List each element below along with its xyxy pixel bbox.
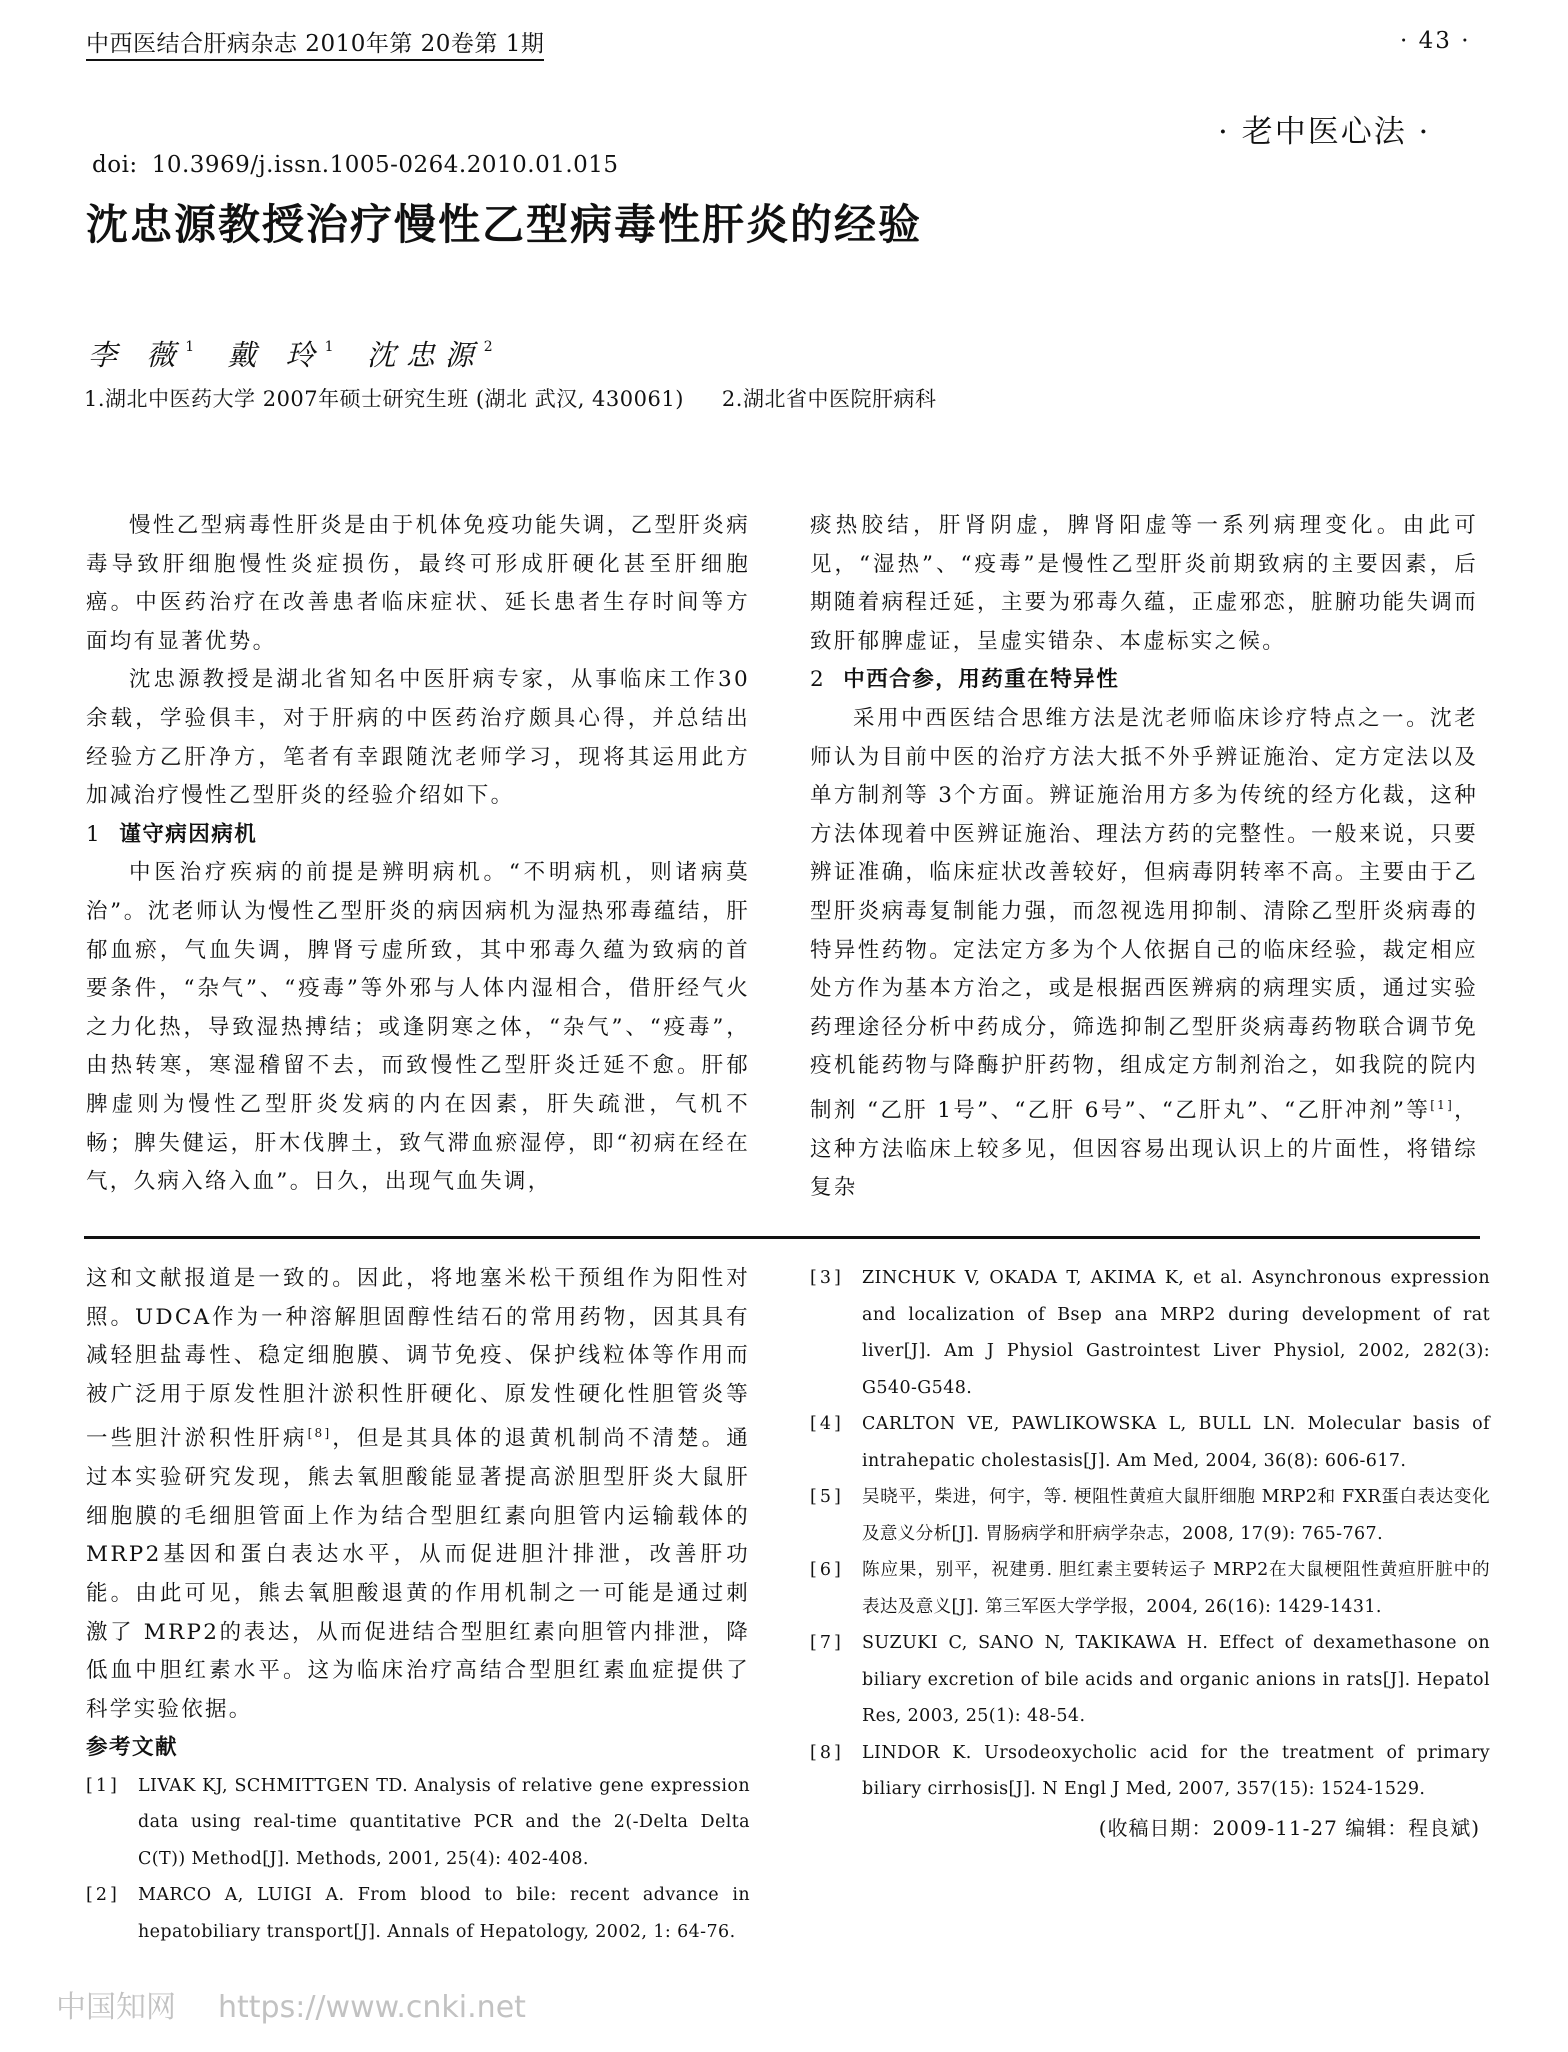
doi-line: doi:10.3969/j.issn.1005-0264.2010.01.015 — [92, 152, 619, 178]
author-list: 李 薇1 戴 玲1 沈忠源2 — [88, 333, 507, 374]
section-heading-1: 1谨守病因病机 — [86, 816, 750, 855]
reference-item: [7]SUZUKI C, SANO N, TAKIKAWA H. Effect … — [810, 1625, 1490, 1735]
body-column-bottom-left: 这和文献报道是一致的。因此，将地塞米松干预组作为阳性对照。UDCA作为一种溶解胆… — [86, 1260, 750, 1950]
paragraph-text: 这和文献报道是一致的。因此，将地塞米松干预组作为阳性对照。UDCA作为一种溶解胆… — [86, 1266, 750, 1452]
section-title: 中西合参，用药重在特异性 — [843, 667, 1119, 692]
affiliation-2: 2.湖北省中医院肝病科 — [722, 387, 937, 411]
reference-text: SUZUKI C, SANO N, TAKIKAWA H. Effect of … — [862, 1633, 1490, 1726]
citation-link[interactable]: [8] — [308, 1426, 332, 1440]
author-affil-sup: 1 — [325, 339, 334, 355]
paragraph: 沈忠源教授是湖北省知名中医肝病专家，从事临床工作30余载，学验俱丰，对于肝病的中… — [86, 661, 750, 815]
reference-item: [8]LINDOR K. Ursodeoxycholic acid for th… — [810, 1735, 1490, 1808]
references-column-right: [3]ZINCHUK V, OKADA T, AKIMA K, et al. A… — [810, 1260, 1490, 1846]
reference-text: 陈应果，别平，祝建勇. 胆红素主要转运子 MRP2在大鼠梗阻性黄疸肝脏中的表达及… — [862, 1560, 1490, 1617]
paragraph: 痰热胶结，肝肾阴虚，脾肾阳虚等一系列病理变化。由此可见，“湿热”、“疫毒”是慢性… — [810, 507, 1478, 661]
author-affil-sup: 1 — [185, 339, 194, 355]
paragraph-text: ，但是其具体的退黄机制尚不清楚。通过本实验研究发现，熊去氧胆酸能显著提高淤胆型肝… — [86, 1427, 750, 1722]
paragraph: 采用中西医结合思维方法是沈老师临床诊疗特点之一。沈老师认为目前中医的治疗方法大抵… — [810, 700, 1478, 1208]
reference-text: 吴晓平，柴进，何宇，等. 梗阻性黄疸大鼠肝细胞 MRP2和 FXR蛋白表达变化及… — [862, 1487, 1490, 1544]
body-column-top-right: 痰热胶结，肝肾阴虚，脾肾阳虚等一系列病理变化。由此可见，“湿热”、“疫毒”是慢性… — [810, 507, 1478, 1208]
reference-item: [5]吴晓平，柴进，何宇，等. 梗阻性黄疸大鼠肝细胞 MRP2和 FXR蛋白表达… — [810, 1479, 1490, 1552]
reference-item: [2]MARCO A, LUIGI A. From blood to bile:… — [86, 1877, 750, 1950]
reference-text: MARCO A, LUIGI A. From blood to bile: re… — [138, 1885, 750, 1942]
reference-number: [6] — [810, 1552, 844, 1589]
reference-number: [5] — [810, 1479, 844, 1516]
paragraph: 慢性乙型病毒性肝炎是由于机体免疫功能失调，乙型肝炎病毒导致肝细胞慢性炎症损伤，最… — [86, 507, 750, 661]
references-heading: 参考文献 — [86, 1729, 750, 1768]
doi-value[interactable]: 10.3969/j.issn.1005-0264.2010.01.015 — [152, 152, 619, 178]
article-title: 沈忠源教授治疗慢性乙型病毒性肝炎的经验 — [86, 197, 922, 253]
reference-number: [7] — [810, 1625, 844, 1662]
column-tag: · 老中医心法 · — [1218, 106, 1430, 151]
author-affil-sup: 2 — [484, 339, 493, 355]
reference-item: [6]陈应果，别平，祝建勇. 胆红素主要转运子 MRP2在大鼠梗阻性黄疸肝脏中的… — [810, 1552, 1490, 1625]
section-number: 2 — [810, 667, 825, 692]
paragraph-text: 采用中西医结合思维方法是沈老师临床诊疗特点之一。沈老师认为目前中医的治疗方法大抵… — [810, 706, 1478, 1123]
reference-text: LIVAK KJ, SCHMITTGEN TD. Analysis of rel… — [138, 1776, 750, 1869]
section-heading-2: 2中西合参，用药重在特异性 — [810, 661, 1478, 700]
paragraph: 中医治疗疾病的前提是辨明病机。“不明病机，则诸病莫治”。沈老师认为慢性乙型肝炎的… — [86, 854, 750, 1201]
reference-number: [3] — [810, 1260, 844, 1297]
cnki-watermark: 中国知网https://www.cnki.net — [56, 1982, 526, 2026]
reference-number: [1] — [86, 1768, 120, 1805]
body-column-top-left: 慢性乙型病毒性肝炎是由于机体免疫功能失调，乙型肝炎病毒导致肝细胞慢性炎症损伤，最… — [86, 507, 750, 1202]
section-divider — [84, 1236, 1480, 1239]
reference-text: CARLTON VE, PAWLIKOWSKA L, BULL LN. Mole… — [862, 1414, 1490, 1471]
author-name: 李 薇 — [88, 338, 185, 372]
page-number: · 43 · — [1400, 28, 1471, 54]
watermark-url: https://www.cnki.net — [218, 1990, 526, 2025]
reference-item: [3]ZINCHUK V, OKADA T, AKIMA K, et al. A… — [810, 1260, 1490, 1406]
received-date-note: (收稿日期：2009-11-27 编辑：程良斌) — [810, 1810, 1490, 1846]
author-name: 戴 玲 — [227, 338, 324, 372]
reference-item: [1]LIVAK KJ, SCHMITTGEN TD. Analysis of … — [86, 1768, 750, 1878]
reference-number: [2] — [86, 1877, 120, 1914]
reference-item: [4]CARLTON VE, PAWLIKOWSKA L, BULL LN. M… — [810, 1406, 1490, 1479]
reference-text: ZINCHUK V, OKADA T, AKIMA K, et al. Asyn… — [862, 1268, 1490, 1398]
citation-link[interactable]: [1] — [1430, 1098, 1454, 1112]
section-title: 谨守病因病机 — [119, 822, 257, 847]
doi-label: doi: — [92, 152, 138, 178]
affiliations: 1.湖北中医药大学 2007年硕士研究生班 (湖北 武汉, 430061)2.湖… — [84, 383, 936, 413]
reference-number: [8] — [810, 1735, 844, 1772]
author-name: 沈忠源 — [367, 338, 484, 372]
paragraph: 这和文献报道是一致的。因此，将地塞米松干预组作为阳性对照。UDCA作为一种溶解胆… — [86, 1260, 750, 1729]
watermark-brand: 中国知网 — [56, 1990, 176, 2025]
section-number: 1 — [86, 822, 101, 847]
reference-text: LINDOR K. Ursodeoxycholic acid for the t… — [862, 1743, 1490, 1800]
affiliation-1: 1.湖北中医药大学 2007年硕士研究生班 (湖北 武汉, 430061) — [84, 387, 684, 411]
reference-number: [4] — [810, 1406, 844, 1443]
running-head: 中西医结合肝病杂志 2010年第 20卷第 1期 — [86, 30, 544, 61]
